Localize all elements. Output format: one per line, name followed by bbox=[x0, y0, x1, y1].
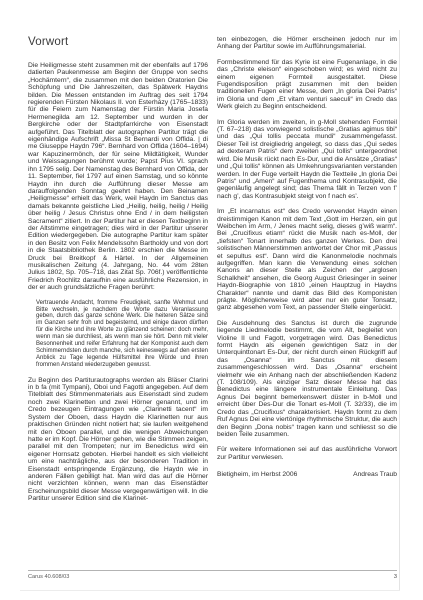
preface-page: Vorwort Die Heiligmesse steht zusammen m… bbox=[0, 0, 423, 600]
right-paragraph-5: Die Ausdehnung des Sanctus ist durch die… bbox=[217, 320, 397, 439]
right-paragraph-1: ten einbezogen, die Hörner erscheinen je… bbox=[217, 36, 397, 51]
right-paragraph-3: Im Gloria werden im zweiten, in g-Moll s… bbox=[217, 119, 397, 200]
right-paragraph-6: Für weitere Informationen sei auf das au… bbox=[217, 446, 397, 461]
two-column-text: Vorwort Die Heiligmesse steht zusammen m… bbox=[28, 36, 397, 511]
signature-place-date: Bietigheim, im Herbst 2006 bbox=[217, 471, 297, 478]
right-column: ten einbezogen, die Hörner erscheinen je… bbox=[217, 36, 397, 511]
left-column: Vorwort Die Heiligmesse steht zusammen m… bbox=[28, 36, 208, 511]
page-edge-line-right bbox=[399, 30, 400, 591]
right-paragraph-2: Formbestimmend für das Kyrie ist eine Fu… bbox=[217, 59, 397, 111]
footer-rule bbox=[28, 570, 397, 571]
signature-row: Bietigheim, im Herbst 2006 Andreas Traub bbox=[217, 471, 397, 478]
left-paragraph-2: Zu Beginn des Partiturautographs werden … bbox=[28, 377, 208, 503]
right-paragraph-4: Im „Et incarnatus est“ des Credo verwend… bbox=[217, 208, 397, 312]
page-number: 3 bbox=[394, 574, 397, 581]
footer-row: Carus 40.608/03 3 bbox=[28, 574, 397, 581]
left-paragraph-1: Die Heiligmesse steht zusammen mit der e… bbox=[28, 62, 208, 292]
page-edge-line-bottom bbox=[20, 590, 400, 591]
page-footer: Carus 40.608/03 3 bbox=[28, 570, 397, 581]
review-block-quote: Vertrauende Andacht, fromme Freudigkeit,… bbox=[36, 300, 208, 369]
signature-author: Andreas Traub bbox=[353, 471, 397, 478]
edition-number: Carus 40.608/03 bbox=[28, 574, 69, 581]
page-title: Vorwort bbox=[28, 36, 208, 48]
